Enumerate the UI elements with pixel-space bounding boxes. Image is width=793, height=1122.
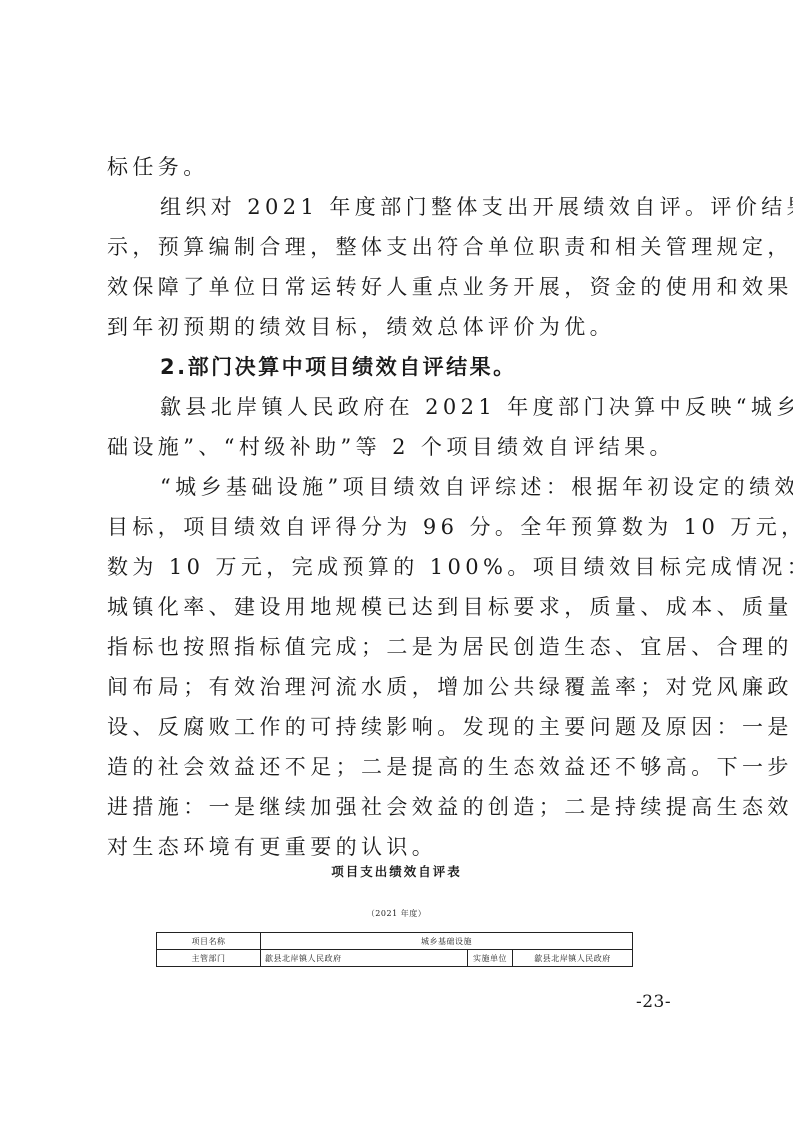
text-line: 指标也按照指标值完成；二是为居民创造生态、宜居、合理的空 [107,627,693,667]
text-line: 城镇化率、建设用地规模已达到目标要求，质量、成本、质量等 [107,587,693,627]
document-page: 标任务。 组织对 2021 年度部门整体支出开展绩效自评。评价结果显 示，预算编… [0,0,793,1122]
section-heading: 2.部门决算中项目绩效自评结果。 [107,347,693,387]
text-line: 造的社会效益还不足；二是提高的生态效益还不够高。下一步改 [107,747,693,787]
table-subtitle: （2021 年度） [0,908,793,919]
text-line: 标任务。 [107,147,693,187]
cell-department-value: 歙县北岸镇人民政府 [261,950,468,967]
text-line: “城乡基础设施”项目绩效自评综述：根据年初设定的绩效 [107,467,693,507]
evaluation-table: 项目名称 城乡基础设施 主管部门 歙县北岸镇人民政府 实施单位 歙县北岸镇人民政… [156,932,633,967]
text-line: 间布局；有效治理河流水质，增加公共绿覆盖率；对党风廉政建 [107,667,693,707]
cell-implementer-value: 歙县北岸镇人民政府 [513,950,633,967]
text-line: 设、反腐败工作的可持续影响。发现的主要问题及原因：一是创 [107,707,693,747]
table-title: 项目支出绩效自评表 [0,862,793,880]
cell-department-label: 主管部门 [157,950,261,967]
text-line: 础设施”、“村级补助”等 2 个项目绩效自评结果。 [107,427,693,467]
body-text-block: 标任务。 组织对 2021 年度部门整体支出开展绩效自评。评价结果显 示，预算编… [107,147,693,867]
table-row: 项目名称 城乡基础设施 [157,933,633,950]
cell-project-name-label: 项目名称 [157,933,261,950]
text-line: 到年初预期的绩效目标，绩效总体评价为优。 [107,307,693,347]
text-line: 示，预算编制合理，整体支出符合单位职责和相关管理规定，有 [107,227,693,267]
text-line: 组织对 2021 年度部门整体支出开展绩效自评。评价结果显 [107,187,693,227]
text-line: 数为 10 万元，完成预算的 100%。项目绩效目标完成情况：一是 [107,547,693,587]
cell-implementer-label: 实施单位 [468,950,513,967]
text-line: 效保障了单位日常运转好人重点业务开展，资金的使用和效果达 [107,267,693,307]
text-line: 对生态环境有更重要的认识。 [107,827,693,867]
cell-project-name-value: 城乡基础设施 [261,933,633,950]
page-number: -23- [636,992,671,1012]
table-row: 主管部门 歙县北岸镇人民政府 实施单位 歙县北岸镇人民政府 [157,950,633,967]
text-line: 歙县北岸镇人民政府在 2021 年度部门决算中反映“城乡基 [107,387,693,427]
text-line: 目标，项目绩效自评得分为 96 分。全年预算数为 10 万元，执行 [107,507,693,547]
text-line: 进措施：一是继续加强社会效益的创造；二是持续提高生态效益， [107,787,693,827]
